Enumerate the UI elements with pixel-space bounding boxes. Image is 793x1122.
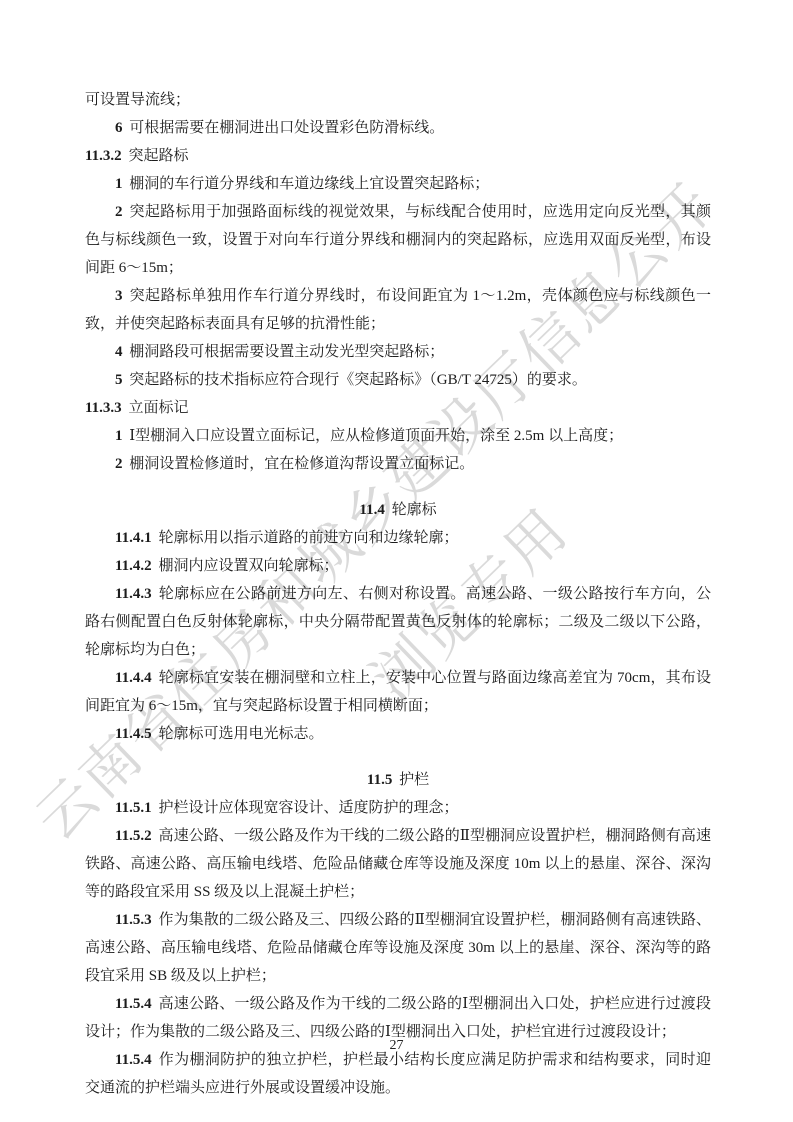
clause-paragraph: 11.5.3作为集散的二级公路及三、四级公路的Ⅱ型棚洞宜设置护栏，棚洞路侧有高速… (85, 906, 711, 990)
list-item-paragraph: 6可根据需要在棚洞进出口处设置彩色防滑标线。 (85, 114, 711, 142)
list-item-paragraph: 2棚洞设置检修道时，宜在检修道沟帮设置立面标记。 (85, 450, 711, 478)
subsection-number: 11.3.2 (85, 148, 122, 164)
page-number: 27 (0, 1038, 793, 1054)
clause-text: 高速公路、一级公路及作为干线的二级公路的Ⅱ型棚洞应设置护栏，棚洞路侧有高速铁路、… (85, 828, 711, 900)
list-item-paragraph: 1棚洞的车行道分界线和车道边缘线上宜设置突起路标； (85, 170, 711, 198)
subsection-heading: 11.3.2突起路标 (85, 142, 711, 170)
clause-text: 作为棚洞防护的独立护栏，护栏最小结构长度应满足防护需求和结构要求，同时迎交通流的… (85, 1052, 711, 1096)
item-number: 2 (115, 456, 123, 472)
list-item-paragraph: 1Ⅰ型棚洞入口应设置立面标记，应从检修道顶面开始，涂至 2.5m 以上高度； (85, 422, 711, 450)
item-text: 棚洞路段可根据需要设置主动发光型突起路标； (129, 344, 444, 360)
item-text: 棚洞的车行道分界线和车道边缘线上宜设置突起路标； (129, 176, 489, 192)
item-text: 突起路标用于加强路面标线的视觉效果，与标线配合使用时，应选用定向反光型，其颜色与… (85, 204, 711, 276)
item-number: 3 (115, 288, 123, 304)
clause-paragraph: 11.4.1轮廓标用以指示道路的前进方向和边缘轮廓； (85, 524, 711, 552)
subsection-number: 11.3.3 (85, 400, 122, 416)
clause-number: 11.4.5 (115, 726, 152, 742)
item-text: 可根据需要在棚洞进出口处设置彩色防滑标线。 (129, 120, 444, 136)
clause-number: 11.5.1 (115, 800, 152, 816)
clause-paragraph: 11.5.2高速公路、一级公路及作为干线的二级公路的Ⅱ型棚洞应设置护栏，棚洞路侧… (85, 822, 711, 906)
section-title: 护栏 (399, 772, 429, 788)
clause-paragraph: 11.4.5轮廓标可选用电光标志。 (85, 720, 711, 748)
item-number: 5 (115, 372, 123, 388)
clause-number: 11.5.2 (115, 828, 152, 844)
clause-number: 11.5.4 (115, 1052, 152, 1068)
clause-text: 作为集散的二级公路及三、四级公路的Ⅱ型棚洞宜设置护栏，棚洞路侧有高速铁路、高速公… (85, 912, 711, 984)
clause-number: 11.5.3 (115, 912, 152, 928)
section-number: 11.4 (359, 502, 384, 518)
clause-paragraph: 11.5.4作为棚洞防护的独立护栏，护栏最小结构长度应满足防护需求和结构要求，同… (85, 1046, 711, 1102)
item-text: 突起路标的技术指标应符合现行《突起路标》（GB/T 24725）的要求。 (129, 372, 587, 388)
subsection-heading: 11.3.3立面标记 (85, 394, 711, 422)
subsection-title: 立面标记 (128, 400, 188, 416)
clause-text: 棚洞内应设置双向轮廓标； (158, 558, 338, 574)
clause-paragraph: 11.5.1护栏设计应体现宽容设计、适度防护的理念； (85, 794, 711, 822)
item-number: 6 (115, 120, 123, 136)
section-heading: 11.5护栏 (85, 766, 711, 794)
clause-text: 轮廓标应在公路前进方向左、右侧对称设置。高速公路、一级公路按行车方向，公路右侧配… (85, 586, 711, 658)
clause-number: 11.4.4 (115, 670, 152, 686)
continuation-paragraph: 可设置导流线； (85, 86, 711, 114)
document-page: 可设置导流线； 6可根据需要在棚洞进出口处设置彩色防滑标线。 11.3.2突起路… (0, 0, 793, 1102)
clause-text: 高速公路、一级公路及作为干线的二级公路的Ⅰ型棚洞出入口处，护栏应进行过渡段设计；… (85, 996, 711, 1040)
section-title: 轮廓标 (392, 502, 437, 518)
clause-number: 11.4.1 (115, 530, 152, 546)
clause-paragraph: 11.4.4轮廓标宜安装在棚洞壁和立柱上，安装中心位置与路面边缘高差宜为 70c… (85, 664, 711, 720)
section-heading: 11.4轮廓标 (85, 496, 711, 524)
clause-text: 护栏设计应体现宽容设计、适度防护的理念； (158, 800, 458, 816)
subsection-title: 突起路标 (128, 148, 188, 164)
item-number: 2 (115, 204, 123, 220)
item-text: 棚洞设置检修道时，宜在检修道沟帮设置立面标记。 (129, 456, 474, 472)
clause-paragraph: 11.4.2棚洞内应设置双向轮廓标； (85, 552, 711, 580)
clause-number: 11.5.4 (115, 996, 152, 1012)
clause-paragraph: 11.4.3轮廓标应在公路前进方向左、右侧对称设置。高速公路、一级公路按行车方向… (85, 580, 711, 664)
item-number: 1 (115, 176, 123, 192)
item-text: 突起路标单独用作车行道分界线时，布设间距宜为 1～1.2m，壳体颜色应与标线颜色… (85, 288, 711, 332)
paragraph-text: 可设置导流线； (85, 92, 190, 108)
section-number: 11.5 (367, 772, 392, 788)
clause-text: 轮廓标宜安装在棚洞壁和立柱上，安装中心位置与路面边缘高差宜为 70cm，其布设间… (85, 670, 711, 714)
clause-number: 11.4.2 (115, 558, 152, 574)
clause-text: 轮廓标可选用电光标志。 (158, 726, 323, 742)
clause-number: 11.4.3 (115, 586, 152, 602)
list-item-paragraph: 4棚洞路段可根据需要设置主动发光型突起路标； (85, 338, 711, 366)
item-text: Ⅰ型棚洞入口应设置立面标记，应从检修道顶面开始，涂至 2.5m 以上高度； (129, 428, 623, 444)
clause-text: 轮廓标用以指示道路的前进方向和边缘轮廓； (158, 530, 458, 546)
list-item-paragraph: 3突起路标单独用作车行道分界线时，布设间距宜为 1～1.2m，壳体颜色应与标线颜… (85, 282, 711, 338)
item-number: 1 (115, 428, 123, 444)
list-item-paragraph: 5突起路标的技术指标应符合现行《突起路标》（GB/T 24725）的要求。 (85, 366, 711, 394)
item-number: 4 (115, 344, 123, 360)
list-item-paragraph: 2突起路标用于加强路面标线的视觉效果，与标线配合使用时，应选用定向反光型，其颜色… (85, 198, 711, 282)
